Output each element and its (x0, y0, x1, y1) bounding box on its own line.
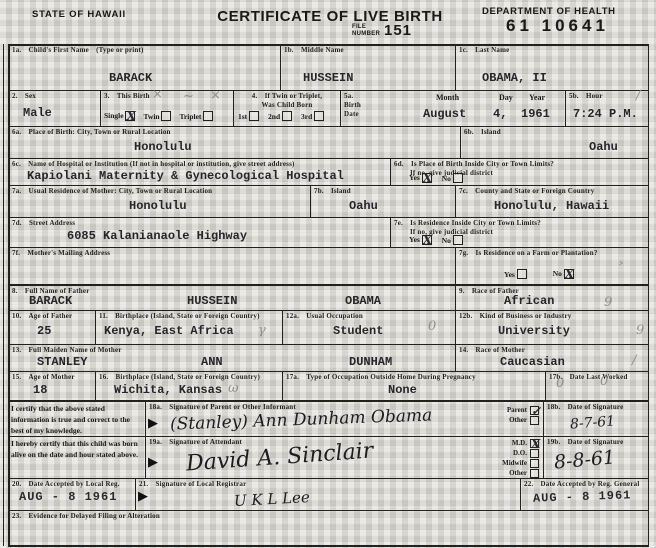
option-other: Other (507, 416, 539, 425)
registrar-signature: U K L Lee (234, 490, 311, 509)
field-value: 8-8-61 (553, 448, 616, 472)
field-label: 20. Date Accepted by Local Reg. (12, 480, 132, 489)
pencil-mark: 0 (600, 375, 608, 388)
field-15-mother-age: 15. Age of Mother 18 (8, 371, 95, 400)
checkbox (530, 469, 539, 478)
field-value: Male (23, 107, 52, 119)
file-number: 151 (384, 22, 412, 39)
field-value: Student (333, 325, 383, 337)
option-no: No X (553, 269, 574, 279)
informant-type-checkboxes: Parent✓ Other (507, 406, 539, 426)
field-19b-signature-date: 19b. Date of Signature 8-8-61 (543, 436, 648, 478)
field-6a-place-of-birth: 6a. Place of Birth: City, Town or Rural … (8, 126, 460, 158)
arrow-icon: ▶ (138, 489, 148, 502)
certificate-number: 61 10641 (506, 16, 609, 36)
field-label: 1a. Child's First Name (Type or print) (12, 46, 277, 55)
pencil-mark: 9 (636, 324, 644, 337)
father-last: OBAMA (345, 295, 381, 307)
checkbox: ✓ (530, 406, 539, 415)
field-10-father-age: 10. Age of Father 25 (8, 310, 95, 344)
field-9-father-race: 9. Race of Father African (455, 284, 648, 310)
field-label: 7c. County and State or Foreign Country (459, 187, 645, 196)
year-header: Year (529, 94, 545, 102)
bottom-border-line (8, 545, 649, 547)
field-label: 13. Full Maiden Name of Mother (12, 346, 452, 355)
field-value: 25 (37, 325, 51, 337)
field-label: 15. Age of Mother (12, 373, 92, 382)
field-value: Oahu (589, 141, 618, 153)
field-7f-mailing-address: 7f. Mother's Mailing Address (8, 247, 455, 284)
certification-text: I hereby certify that this child was bor… (11, 439, 138, 459)
document-title: CERTIFICATE OF LIVE BIRTH (180, 8, 480, 25)
field-value: 7:24 P.M. (573, 108, 638, 120)
field-value: Honolulu (134, 141, 192, 153)
date-stamp: AUG - 8 1961 (533, 489, 632, 506)
field-1b-middle-name: 1b. Middle Name HUSSEIN (280, 44, 455, 90)
field-19a-attendant-signature: 19a. Signature of Attendant ▶ David A. S… (145, 436, 543, 478)
option-yes: Yes X (409, 235, 432, 245)
field-13-mother-name: 13. Full Maiden Name of Mother STANLEY A… (8, 344, 455, 371)
birth-certificate-document: STATE OF HAWAII CERTIFICATE OF LIVE BIRT… (0, 0, 656, 548)
certification-text: I certify that the above stated informat… (11, 404, 130, 435)
file-label-line1: FILE (352, 24, 366, 30)
option-no: No (442, 235, 463, 245)
field-1a-child-first-name: 1a. Child's First Name (Type or print) B… (8, 44, 280, 90)
checkbox: X (422, 235, 432, 245)
field-value: 6085 Kalanianaole Highway (67, 230, 247, 242)
field-label: 4. If Twin or Triplet, (237, 92, 337, 101)
field-11-father-birthplace: 11. Birthplace (Island, State or Foreign… (95, 310, 282, 344)
year-value: 1961 (521, 108, 550, 120)
field-6d-city-limits: 6d. Is Place of Birth Inside City or Tow… (390, 158, 648, 185)
field-label: 6a. Place of Birth: City, Town or Rural … (12, 128, 457, 137)
mother-first: STANLEY (37, 356, 87, 368)
checkbox: X (422, 173, 432, 183)
checkbox (314, 111, 324, 121)
option-2nd: 2nd (268, 111, 292, 121)
field-label: 11. Birthplace (Island, State or Foreign… (99, 312, 279, 321)
field-18a-parent-signature: 18a. Signature of Parent or Other Inform… (145, 400, 543, 436)
mother-last: DUNHAM (349, 356, 392, 368)
month-value: August (423, 108, 466, 120)
option-1st: 1st (238, 111, 259, 121)
checkbox (161, 111, 171, 121)
field-8-father-name: 8. Full Name of Father BARACK HUSSEIN OB… (8, 284, 455, 310)
checkbox: X (125, 111, 135, 121)
option-md: M.D.X (502, 439, 539, 448)
field-7d-street-address: 7d. Street Address 6085 Kalanianaole Hig… (8, 217, 390, 247)
field-21-local-registrar-signature: 21. Signature of Local Registrar ▶ U K L… (135, 478, 520, 510)
option-no: No (442, 173, 463, 183)
field-4-twin-order: 4. If Twin or Triplet, Was Child Born 1s… (233, 90, 340, 126)
checkbox (249, 111, 259, 121)
field-label: 10. Age of Father (12, 312, 92, 321)
certification-statement-1: I certify that the above stated informat… (8, 400, 145, 436)
father-first: BARACK (29, 295, 72, 307)
option-single: Single X (104, 111, 135, 121)
field-value: None (388, 384, 417, 396)
field-14-mother-race: 14. Race of Mother Caucasian (455, 344, 648, 371)
field-label: 1b. Middle Name (284, 46, 452, 55)
field-7a-residence: 7a. Usual Residence of Mother: City, Tow… (8, 185, 310, 217)
field-6c-hospital: 6c. Name of Hospital or Institution (If … (8, 158, 390, 185)
father-middle: HUSSEIN (187, 295, 237, 307)
field-label: 5b. Hour (569, 92, 645, 101)
pencil-mark: × (152, 88, 163, 101)
pencil-mark: 9 (604, 296, 612, 309)
option-triplet: Triplet (179, 111, 213, 121)
pencil-mark: ~ (183, 90, 194, 103)
right-border-line (648, 44, 649, 546)
file-label-line2: NUMBER (352, 31, 380, 37)
field-value: Caucasian (500, 356, 565, 368)
checkbox (203, 111, 213, 121)
certification-statement-2: I hereby certify that this child was bor… (8, 436, 145, 478)
checkbox (453, 173, 463, 183)
field-label: 7a. Usual Residence of Mother: City, Tow… (12, 187, 307, 196)
field-label: 21. Signature of Local Registrar (139, 480, 517, 489)
field-value: BARACK (109, 72, 152, 84)
field-label: 7e. Is Residence Inside City or Town Lim… (394, 219, 645, 228)
field-23-delayed-filing-evidence: 23. Evidence for Delayed Filing or Alter… (8, 510, 648, 545)
field-value: Kapiolani Maternity & Gynecological Hosp… (27, 170, 344, 182)
left-margin-line (3, 44, 4, 546)
field-label: 19b. Date of Signature (547, 438, 645, 447)
checkbox: X (530, 439, 539, 448)
field-value: 8-7-61 (570, 414, 616, 431)
field-value: Wichita, Kansas (114, 384, 222, 396)
arrow-icon: ▶ (148, 455, 158, 468)
field-6b-island: 6b. Island Oahu (460, 126, 648, 158)
checkbox (530, 449, 539, 458)
field-22-date-registrar-general: 22. Date Accepted by Reg. General AUG - … (520, 478, 648, 510)
option-midwife: Midwife (502, 459, 539, 468)
pencil-mark: 0 (556, 377, 564, 390)
option-twin: Twin (143, 111, 171, 121)
option-do: D.O. (502, 449, 539, 458)
date-stamp: AUG - 8 1961 (19, 491, 117, 504)
field-label: 16. Birthplace (Island, State or Foreign… (99, 373, 279, 382)
field-7e-residence-limits: 7e. Is Residence Inside City or Town Lim… (390, 217, 648, 247)
mother-middle: ANN (201, 356, 223, 368)
field-value: 18 (33, 384, 47, 396)
checkbox (530, 459, 539, 468)
arrow-icon: ▶ (148, 416, 158, 429)
field-label: 17a. Type of Occupation Outside Home Dur… (286, 373, 542, 382)
month-header: Month (436, 94, 459, 102)
field-label: 23. Evidence for Delayed Filing or Alter… (12, 512, 645, 521)
field-2-sex: 2. Sex Male (8, 90, 100, 126)
field-label: 1c. Last Name (459, 46, 645, 55)
checkbox (453, 235, 463, 245)
checkbox (282, 111, 292, 121)
field-label: 6c. Name of Hospital or Institution (If … (12, 160, 387, 169)
field-label: 7b. Island (314, 187, 452, 196)
pencil-mark: / (636, 89, 640, 102)
field-value: Honolulu (129, 200, 187, 212)
field-value: Oahu (349, 200, 378, 212)
field-value: HUSSEIN (303, 72, 353, 84)
option-3rd: 3rd (301, 111, 324, 121)
pencil-mark: ˃ (618, 262, 625, 275)
option-parent: Parent✓ (507, 406, 539, 415)
field-label: 7f. Mother's Mailing Address (12, 249, 452, 258)
field-label-line2: Was Child Born (237, 101, 337, 110)
attendant-type-checkboxes: M.D.X D.O. Midwife Other (502, 439, 539, 479)
field-5a-birth-date: 5a. Birth Date Month Day Year August 4, … (340, 90, 565, 126)
field-value: OBAMA, II (482, 72, 547, 84)
day-header: Day (499, 94, 513, 102)
pencil-mark: ω (228, 382, 239, 395)
field-17a-occupation-pregnancy: 17a. Type of Occupation Outside Home Dur… (282, 371, 545, 400)
pencil-mark: / (632, 354, 636, 367)
option-other: Other (502, 469, 539, 478)
field-12b-business-industry: 12b. Kind of Business or Industry Univer… (455, 310, 648, 344)
field-label: 12b. Kind of Business or Industry (459, 312, 645, 321)
checkbox: X (564, 269, 574, 279)
field-1c-last-name: 1c. Last Name OBAMA, II (455, 44, 648, 90)
pencil-mark: × (210, 89, 221, 102)
field-value: Kenya, East Africa (104, 325, 234, 337)
option-yes: Yes X (409, 173, 432, 183)
field-7b-island: 7b. Island Oahu (310, 185, 455, 217)
day-value: 4, (493, 108, 507, 120)
field-label: 2. Sex (12, 92, 97, 101)
state-name: STATE OF HAWAII (32, 9, 126, 20)
field-value: African (504, 295, 554, 307)
field-20-date-local-registrar: 20. Date Accepted by Local Reg. AUG - 8 … (8, 478, 135, 510)
field-value: Honolulu, Hawaii (494, 200, 609, 212)
checkbox (530, 416, 539, 425)
option-yes: Yes (504, 269, 527, 279)
field-7c-county-state: 7c. County and State or Foreign Country … (455, 185, 648, 217)
pencil-mark: γ (258, 324, 266, 337)
field-label: 14. Race of Mother (459, 346, 645, 355)
field-label: 7d. Street Address (12, 219, 387, 228)
field-label: 7g. Is Residence on a Farm or Plantation… (459, 249, 645, 258)
field-label: 6b. Island (464, 128, 645, 137)
field-value: University (498, 325, 570, 337)
field-label: 18b. Date of Signature (547, 403, 645, 412)
field-18b-signature-date: 18b. Date of Signature 8-7-61 (543, 400, 648, 436)
field-label: 6d. Is Place of Birth Inside City or Tow… (394, 160, 645, 169)
field-16-mother-birthplace: 16. Birthplace (Island, State or Foreign… (95, 371, 282, 400)
checkbox (517, 269, 527, 279)
pencil-mark: 0 (428, 320, 436, 333)
